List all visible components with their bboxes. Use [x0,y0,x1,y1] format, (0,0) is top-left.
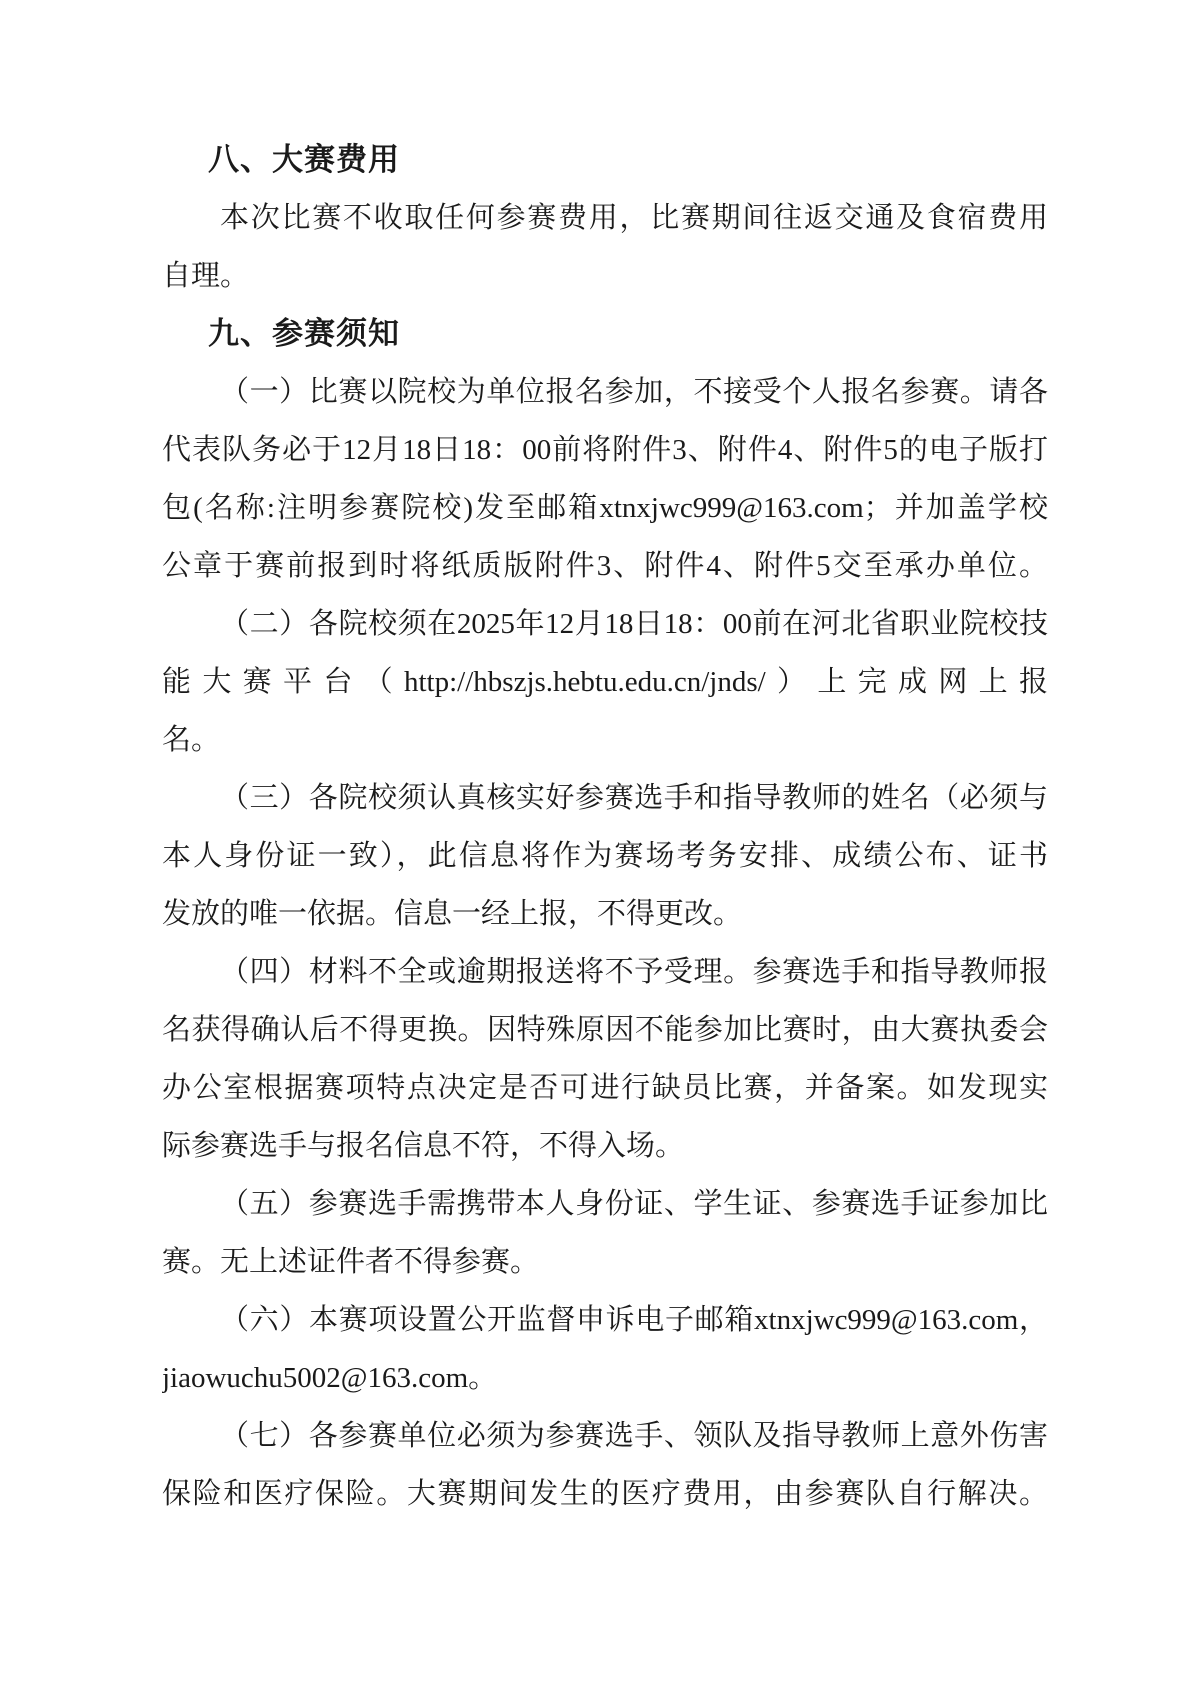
text-line: 公章于赛前报到时将纸质版附件3、附件4、附件5交至承办单位。 [162,537,1048,595]
text-line: 包(名称:注明参赛院校)发至邮箱xtnxjwc999@163.com；并加盖学校 [162,479,1048,537]
text-line: 际参赛选手与报名信息不符，不得入场。 [162,1117,1048,1175]
text-line: 办公室根据赛项特点决定是否可进行缺员比赛，并备案。如发现实 [162,1059,1048,1117]
text-line: jiaowuchu5002@163.com。 [162,1349,1048,1407]
text-line: 赛。无上述证件者不得参赛。 [162,1233,1048,1291]
document-body: 八、大赛费用本次比赛不收取任何参赛费用，比赛期间往返交通及食宿费用自理。九、参赛… [162,131,1048,1523]
text-line: （二）各院校须在2025年12月18日18：00前在河北省职业院校技 [162,595,1048,653]
text-line: 能大赛平台（http://hbszjs.hebtu.edu.cn/jnds/）上… [162,653,1048,711]
text-line: （四）材料不全或逾期报送将不予受理。参赛选手和指导教师报 [162,943,1048,1001]
section-heading: 八、大赛费用 [162,131,1048,189]
text-line: 自理。 [162,247,1048,305]
text-line: （七）各参赛单位必须为参赛选手、领队及指导教师上意外伤害 [162,1407,1048,1465]
text-line: （六）本赛项设置公开监督申诉电子邮箱xtnxjwc999@163.com， [162,1291,1048,1349]
text-line: 代表队务必于12月18日18：00前将附件3、附件4、附件5的电子版打 [162,421,1048,479]
text-line: （一）比赛以院校为单位报名参加，不接受个人报名参赛。请各 [162,363,1048,421]
text-line: 名。 [162,711,1048,769]
section-heading: 九、参赛须知 [162,305,1048,363]
text-line: （三）各院校须认真核实好参赛选手和指导教师的姓名（必须与 [162,769,1048,827]
text-line: 发放的唯一依据。信息一经上报，不得更改。 [162,885,1048,943]
text-line: 本人身份证一致），此信息将作为赛场考务安排、成绩公布、证书 [162,827,1048,885]
text-line: 保险和医疗保险。大赛期间发生的医疗费用，由参赛队自行解决。 [162,1465,1048,1523]
text-line: （五）参赛选手需携带本人身份证、学生证、参赛选手证参加比 [162,1175,1048,1233]
text-line: 名获得确认后不得更换。因特殊原因不能参加比赛时，由大赛执委会 [162,1001,1048,1059]
text-line: 本次比赛不收取任何参赛费用，比赛期间往返交通及食宿费用 [162,189,1048,247]
document-page: 八、大赛费用本次比赛不收取任何参赛费用，比赛期间往返交通及食宿费用自理。九、参赛… [0,0,1190,1684]
